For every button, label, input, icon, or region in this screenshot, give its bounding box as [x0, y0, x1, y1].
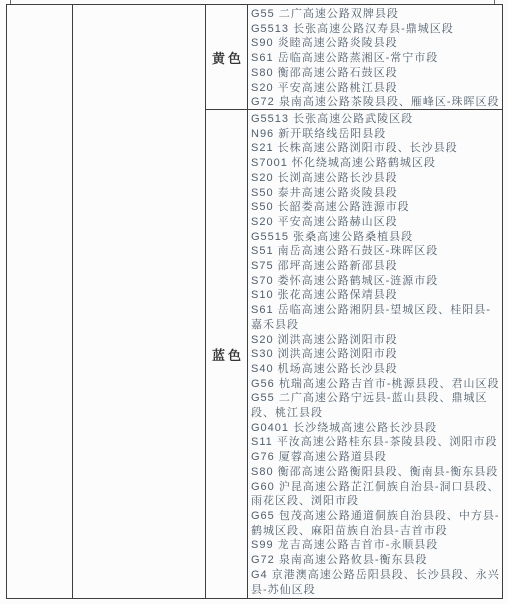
road-item: S61 岳临高速公路蒸湘区-常宁市段 — [251, 51, 500, 66]
road-list: G55 二广高速公路双牌县段G5513 长张高速公路汉寿县-鼎城区段S90 炎睦… — [248, 5, 502, 109]
color-level-cell: 蓝色 — [206, 110, 248, 598]
color-level-label: 蓝色 — [209, 345, 244, 364]
color-level-label: 黄色 — [209, 48, 244, 67]
road-item: S50 泰井高速公路炎陵县段 — [251, 186, 500, 201]
road-item: S11 平汝高速公路桂东县-茶陵县段、浏阳市段 — [251, 435, 500, 450]
road-item: S40 机场高速公路长沙县段 — [251, 362, 500, 377]
road-item: S90 炎睦高速公路炎陵县段 — [251, 36, 500, 51]
table-row: 蓝色 G5513 长张高速公路武陵区段N96 新开联络线岳阳县段S21 长株高速… — [206, 110, 502, 598]
road-item: S80 衡邵高速公路石鼓区段 — [251, 66, 500, 81]
road-item: G55 二广高速公路宁远县-蓝山县段、鼎城区段、桃江县段 — [251, 391, 500, 420]
road-item: G65 包茂高速公路通道侗族自治县段、中方县-鹤城区段、麻阳苗族自治县-吉首市段 — [251, 509, 500, 538]
road-item: S20 平安高速公路赫山区段 — [251, 215, 500, 230]
road-item: S7001 怀化绕城高速公路鹤城区段 — [251, 156, 500, 171]
road-item: S99 龙吉高速公路吉首市-永顺县段 — [251, 538, 500, 553]
road-item: S61 岳临高速公路湘阴县-望城区段、桂阳县-嘉禾县段 — [251, 303, 500, 332]
road-item: S21 长株高速公路浏阳市段、长沙县段 — [251, 141, 500, 156]
road-item: G72 泉南高速公路攸县-衡东县段 — [251, 553, 500, 568]
road-item: S10 张花高速公路保靖县段 — [251, 288, 500, 303]
table-empty-column-2 — [73, 5, 206, 598]
road-item: G55 二广高速公路双牌县段 — [251, 7, 500, 22]
road-item: S51 南岳高速公路石鼓区-珠晖区段 — [251, 244, 500, 259]
road-item: G60 沪昆高速公路芷江侗族自治县-洞口县段、雨花区段、浏阳市段 — [251, 480, 500, 509]
road-item: G76 厦蓉高速公路道县段 — [251, 450, 500, 465]
color-rows: 黄色 G55 二广高速公路双牌县段G5513 长张高速公路汉寿县-鼎城区段S90… — [206, 5, 502, 598]
road-grade-table: 黄色 G55 二广高速公路双牌县段G5513 长张高速公路汉寿县-鼎城区段S90… — [6, 4, 503, 599]
road-item: S75 邵坪高速公路新邵县段 — [251, 259, 500, 274]
road-item: S80 衡邵高速公路衡阳县段、衡南县-衡东县段 — [251, 465, 500, 480]
table-empty-column-1 — [7, 5, 73, 598]
road-item: G0401 长沙绕城高速公路长沙县段 — [251, 421, 500, 436]
road-item: G5513 长张高速公路汉寿县-鼎城区段 — [251, 22, 500, 37]
road-item: S70 娄怀高速公路鹤城区-涟源市段 — [251, 274, 500, 289]
road-item: G56 杭瑞高速公路吉首市-桃源县段、君山区段 — [251, 377, 500, 392]
road-item: G5513 长张高速公路武陵区段 — [251, 112, 500, 127]
road-item: S20 浏洪高速公路浏阳市段 — [251, 333, 500, 348]
road-item: G5515 张桑高速公路桑植县段 — [251, 230, 500, 245]
table-row: 黄色 G55 二广高速公路双牌县段G5513 长张高速公路汉寿县-鼎城区段S90… — [206, 5, 502, 110]
road-list: G5513 长张高速公路武陵区段N96 新开联络线岳阳县段S21 长株高速公路浏… — [248, 110, 502, 598]
road-item: G4 京港澳高速公路岳阳县段、长沙县段、永兴县-苏仙区段 — [251, 568, 500, 597]
road-item: S20 平安高速公路桃江县段 — [251, 81, 500, 96]
road-item: N96 新开联络线岳阳县段 — [251, 127, 500, 142]
road-item: S20 长浏高速公路长沙县段 — [251, 171, 500, 186]
road-item: S30 浏洪高速公路浏阳市段 — [251, 347, 500, 362]
scanned-document-page: 黄色 G55 二广高速公路双牌县段G5513 长张高速公路汉寿县-鼎城区段S90… — [0, 0, 508, 604]
road-item: S50 长韶娄高速公路涟源市段 — [251, 200, 500, 215]
road-item: G72 泉南高速公路茶陵县段、雁峰区-珠晖区段 — [251, 95, 500, 109]
color-level-cell: 黄色 — [206, 5, 248, 109]
